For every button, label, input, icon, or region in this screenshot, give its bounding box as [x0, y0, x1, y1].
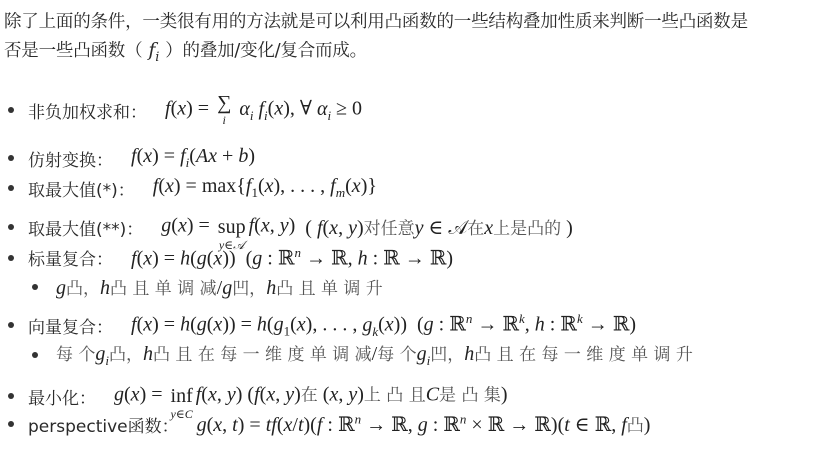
bullet-icon: [8, 185, 14, 191]
formula: 每 个gi凸，h凸 且 在 每 一 维 度 单 调 减/每 个gi凹，h凸 且 …: [56, 340, 693, 369]
item-label: 仿射变换：: [28, 146, 113, 171]
bullet-icon: [8, 155, 14, 161]
bullet-icon: [8, 255, 14, 261]
formula: f(x) = fi(Ax + b): [131, 145, 255, 171]
formula: g(x, t) = tf(x/t)(f : ℝn → ℝ, g : ℝn × ℝ…: [197, 411, 651, 437]
item-label: 非负加权求和：: [28, 98, 147, 123]
formula: f(x) = max{f1(x), . . . , fm(x)}: [153, 175, 377, 201]
formula: f(x) = ∑i αi fi(x), ∀ αi ≥ 0: [165, 94, 362, 126]
item-label: 向量复合：: [28, 313, 113, 338]
item-label: 标量复合：: [28, 245, 113, 270]
list-item-affine: 仿射变换： f(x) = fi(Ax + b): [0, 145, 255, 171]
bullet-icon: [8, 322, 14, 328]
item-label: perspective函数：: [28, 412, 179, 437]
formula: f(x) = h(g(x)) (g : ℝn → ℝ, h : ℝ → ℝ): [131, 245, 453, 271]
intro-line-1: 除了上面的条件，一类很有用的方法就是可以利用凸函数的一些结构叠加性质来判断一些凸…: [4, 8, 832, 36]
list-item-nonneg-weighted-sum: 非负加权求和： f(x) = ∑i αi fi(x), ∀ αi ≥ 0: [0, 94, 362, 126]
bullet-icon: [8, 224, 14, 230]
bullet-icon: [32, 284, 38, 290]
bullet-icon: [8, 107, 14, 113]
intro-paragraph: 除了上面的条件，一类很有用的方法就是可以利用凸函数的一些结构叠加性质来判断一些凸…: [4, 8, 832, 72]
formula: f(x) = h(g(x)) = h(g1(x), . . . , gk(x))…: [131, 311, 636, 340]
bullet-icon: [8, 393, 14, 399]
list-item-sup: 取最大值(**)： g(x) = supy∈𝒜f(x, y) ( f(x, y)…: [0, 203, 573, 251]
list-item-vector-composition: 向量复合： f(x) = h(g(x)) = h(g1(x), . . . , …: [0, 311, 636, 340]
formula-note: ( f(x, y)对任意y ∈ 𝒜在x上是凸的 ): [305, 214, 573, 240]
item-label: 最小化：: [28, 384, 96, 409]
intro-line-2: 否是一些凸函数（fi）的叠加/变化/复合而成。: [4, 36, 832, 72]
list-subitem-scalar-condition: g凸，h凸 且 单 调 减/g凹，h凸 且 单 调 升: [0, 274, 383, 300]
bullet-icon: [8, 421, 14, 427]
list-item-perspective: perspective函数： g(x, t) = tf(x/t)(f : ℝn …: [0, 411, 650, 437]
list-subitem-vector-condition: 每 个gi凸，h凸 且 在 每 一 维 度 单 调 减/每 个gi凹，h凸 且 …: [0, 340, 693, 369]
list-item-scalar-composition: 标量复合： f(x) = h(g(x)) (g : ℝn → ℝ, h : ℝ …: [0, 245, 453, 271]
list-item-max: 取最大值(*)： f(x) = max{f1(x), . . . , fm(x)…: [0, 175, 377, 201]
item-label: 取最大值(**)：: [28, 215, 143, 240]
bullet-icon: [32, 352, 38, 358]
item-label: 取最大值(*)：: [28, 176, 135, 201]
formula: g凸，h凸 且 单 调 减/g凹，h凸 且 单 调 升: [56, 274, 383, 300]
formula: g(x) = supy∈𝒜f(x, y): [161, 203, 295, 251]
